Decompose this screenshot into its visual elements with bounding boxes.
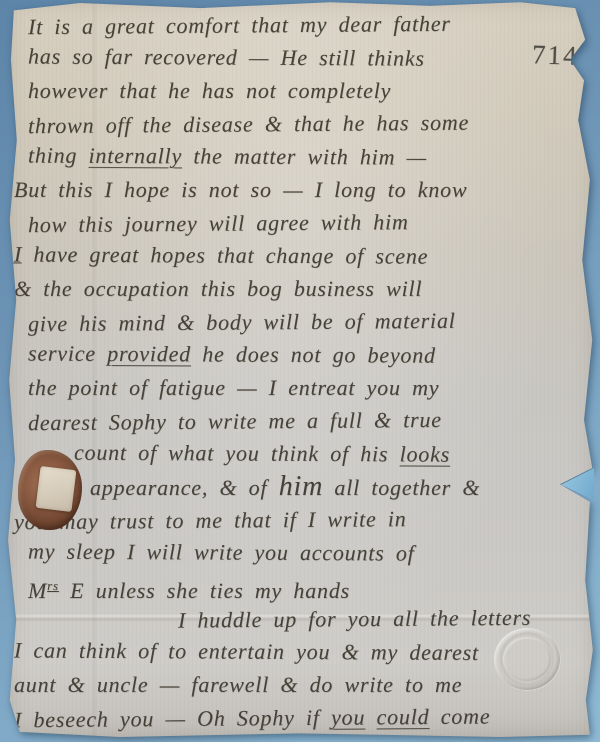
handwritten-text: thing [28,143,89,168]
handwritten-line: how this journey will agree with him [28,204,584,241]
handwritten-line: you may trust to me that if I write in [14,501,584,538]
handwritten-text: the point of fatigue — I entreat you my [28,375,439,400]
handwritten-text: I beseech you — Oh Sophy if [14,705,331,732]
handwritten-line: dearest Sophy to write me a full & true [28,402,584,439]
handwritten-text: he does not go beyond [191,341,436,367]
wax-seal [18,450,82,530]
handwritten-text: I huddle up for you all the letters [178,605,531,633]
handwritten-line: Mrs E unless she ties my hands [28,569,584,602]
handwritten-line: I have great hopes that change of scene [14,238,584,274]
handwritten-text: thrown off the disease & that he has som… [28,110,469,138]
photograph-of-letter: It is a great comfort that my dear fathe… [0,0,600,742]
handwritten-text: dearest Sophy to write me a full & true [28,407,442,435]
seal-paper-fragment [36,466,77,512]
handwritten-line: But this I hope is not so — I long to kn… [14,173,584,206]
handwritten-text: however that he has not completely [28,78,391,103]
handwritten-text: how this journey will agree with him [28,209,409,237]
handwritten-line: give his mind & body will be of material [28,303,584,340]
handwritten-text: him [279,471,323,502]
handwritten-line: appearance, & of him all together & [90,470,584,503]
paper-sheet: It is a great comfort that my dear fathe… [8,0,594,737]
handwritten-text: give his mind & body will be of material [28,308,456,336]
margin-dash-mark: — [2,248,22,274]
page-number: 714 [531,39,579,72]
handwritten-line: It is a great comfort that my dear fathe… [28,6,584,43]
handwritten-line: has so far recovered — He still thinks [28,40,584,76]
handwritten-text: provided [107,341,191,366]
handwritten-line: I beseech you — Oh Sophy if you could co… [14,699,584,736]
handwritten-line: my sleep I will write you accounts of [28,535,584,571]
handwritten-text: M [28,578,47,603]
letter-paper: It is a great comfort that my dear fathe… [8,0,594,737]
handwritten-line: thing internally the matter with him — [28,139,584,175]
handwritten-text: I have great hopes that change of scene [14,242,428,269]
handwritten-text: looks [400,441,451,466]
handwritten-line: count of what you think of his looks [74,436,584,472]
handwritten-text: could [376,704,429,729]
handwritten-text: It is a great comfort that my dear fathe… [28,11,451,39]
handwritten-text: my sleep I will write you accounts of [28,539,415,566]
handwritten-text: E unless she ties my hands [59,578,350,603]
handwritten-text: has so far recovered — He still thinks [28,44,425,71]
handwritten-text: the matter with him — [182,143,427,169]
handwritten-text: you [331,704,365,729]
handwritten-line: however that he has not completely [28,74,584,107]
handwritten-text: count of what you think of his [74,440,400,467]
handwritten-line: service provided he does not go beyond [28,337,584,373]
handwriting: It is a great comfort that my dear fathe… [28,8,584,734]
embossed-stamp [494,628,560,690]
handwritten-text: come [429,703,490,728]
handwritten-line: the point of fatigue — I entreat you my [28,371,584,404]
handwritten-text: appearance, & of [90,475,279,500]
handwritten-text: But this I hope is not so — I long to kn… [14,177,467,202]
handwritten-text: aunt & uncle — farewell & do write to me [14,672,462,697]
handwritten-text: I can think of to entertain you & my dea… [14,638,479,665]
handwritten-line: & the occupation this bog business will [14,272,584,305]
handwritten-text: & the occupation this bog business will [14,276,422,301]
handwritten-text: service [28,341,107,366]
handwritten-text: all together & [323,475,480,500]
handwritten-line: thrown off the disease & that he has som… [28,105,584,142]
handwritten-text [365,704,377,729]
handwritten-text: rs [47,578,59,593]
handwritten-text: internally [88,143,182,168]
